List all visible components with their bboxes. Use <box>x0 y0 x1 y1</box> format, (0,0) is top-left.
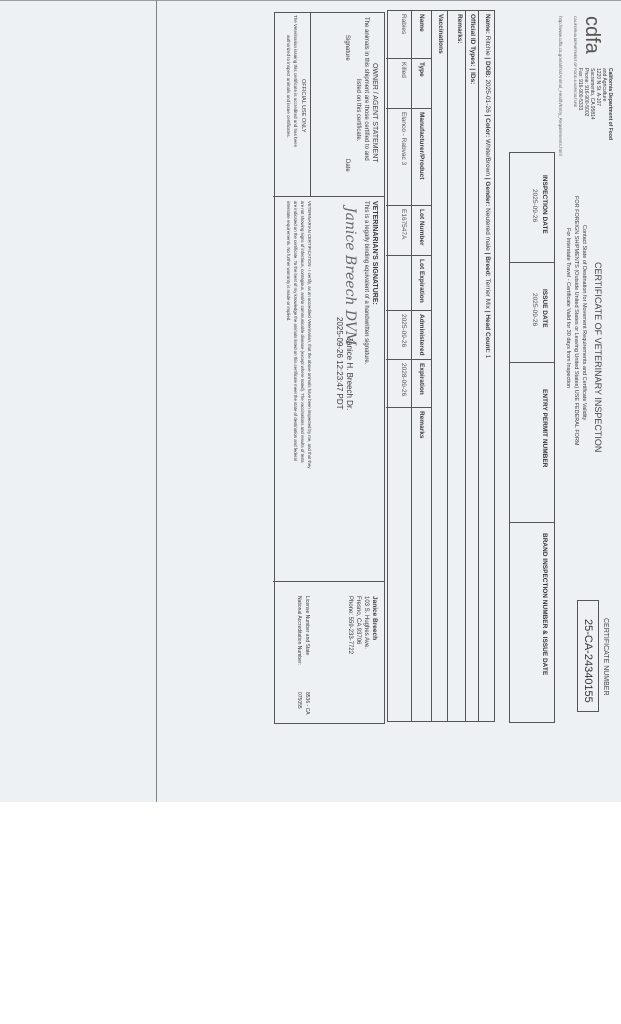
issue-date-cell: ISSUE DATE 2025-09-26 <box>510 263 554 363</box>
vaccination-cell: Killed <box>386 59 411 109</box>
certificate-document: cdfa CALIFORNIA DEPARTMENT OF FOOD & AGR… <box>0 0 621 802</box>
vet-signature: VETERINARIAN'S SIGNATURE: This is a lega… <box>273 197 384 581</box>
subtitle-1: Contact State of Destination for Movemen… <box>581 225 587 420</box>
vaccinations-title-row: Vaccinations <box>431 11 447 721</box>
vaccination-cell <box>386 408 411 723</box>
vaccination-column-header: Remarks <box>412 408 431 723</box>
inspection-date-cell: INSPECTION DATE 2025-09-26 <box>510 153 554 263</box>
vaccination-column-header: Administered <box>412 311 431 360</box>
owner-signature-field[interactable]: Signature <box>344 35 350 61</box>
vaccination-cell <box>386 256 411 311</box>
vaccinations-header-row: NameTypeManufacturer/ProductLot NumberLo… <box>411 11 431 721</box>
vaccination-cell: 2025-09-26 <box>386 311 411 360</box>
subtitle-3: For Interstate Travel - Certificate Vali… <box>565 228 571 388</box>
certificate-number: 25-CA-24340155 <box>582 619 594 703</box>
vaccination-column-header: Type <box>412 59 431 109</box>
certificate-number-label: CERTIFICATE NUMBER <box>602 618 609 696</box>
animal-section: Name: Ritchie | DOB: 2025-01-26 | Color:… <box>387 10 495 722</box>
remarks-row: Remarks: <box>447 11 465 721</box>
scanned-page: cdfa CALIFORNIA DEPARTMENT OF FOOD & AGR… <box>0 0 621 802</box>
vaccination-cell: Rabies <box>386 11 411 59</box>
fold-line <box>156 0 157 802</box>
vaccination-column-header: Lot Number <box>412 206 431 256</box>
vaccination-cell: Elanco - Rabvac 3 <box>386 109 411 206</box>
vaccination-cell: 2028-09-26 <box>386 360 411 408</box>
veterinarian-info: Janice Breech 103 S. Hughes Ave. Fresno,… <box>273 581 384 725</box>
signature-timestamp: 2025-09-26 12:23:47 PDT <box>335 317 344 410</box>
vaccination-cell: E167547A <box>386 206 411 256</box>
header-table: INSPECTION DATE 2025-09-26 ISSUE DATE 20… <box>509 152 555 723</box>
entry-permit-cell: ENTRY PERMIT NUMBER <box>510 363 554 523</box>
vaccination-row: RabiesKilledElanco - Rabvac 3E167547A202… <box>386 11 411 721</box>
cdfa-logo: cdfa <box>580 16 603 54</box>
signature-section: OWNER / AGENT STATEMENT The animals in t… <box>274 12 385 724</box>
vaccination-column-header: Name <box>412 11 431 59</box>
vaccination-column-header: Expiration <box>412 360 431 408</box>
owner-date-field[interactable]: Date <box>344 159 350 172</box>
document-title: CERTIFICATE OF VETERINARY INSPECTION <box>593 262 603 452</box>
official-use: OFFICIAL USE ONLY The Veterinarian issui… <box>273 13 310 197</box>
animal-details-row: Name: Ritchie | DOB: 2025-01-26 | Color:… <box>478 11 494 721</box>
handwritten-signature: Janice Breech DVM <box>342 207 358 345</box>
subtitle-2: FOR FOREIGN SHIPMENTS (Outside United St… <box>573 196 579 446</box>
agency-address: California Department of Food and Agricu… <box>553 68 613 188</box>
brand-inspection-cell: BRAND INSPECTION NUMBER & ISSUE DATE <box>510 523 554 724</box>
certificate-number-box: 25-CA-24340155 <box>577 600 599 712</box>
vaccination-column-header: Lot Expiration <box>412 256 431 311</box>
owner-statement: OWNER / AGENT STATEMENT The animals in t… <box>310 13 384 197</box>
official-id-row: Official ID Types: | IDs: <box>465 11 478 721</box>
vaccination-column-header: Manufacturer/Product <box>412 109 431 206</box>
